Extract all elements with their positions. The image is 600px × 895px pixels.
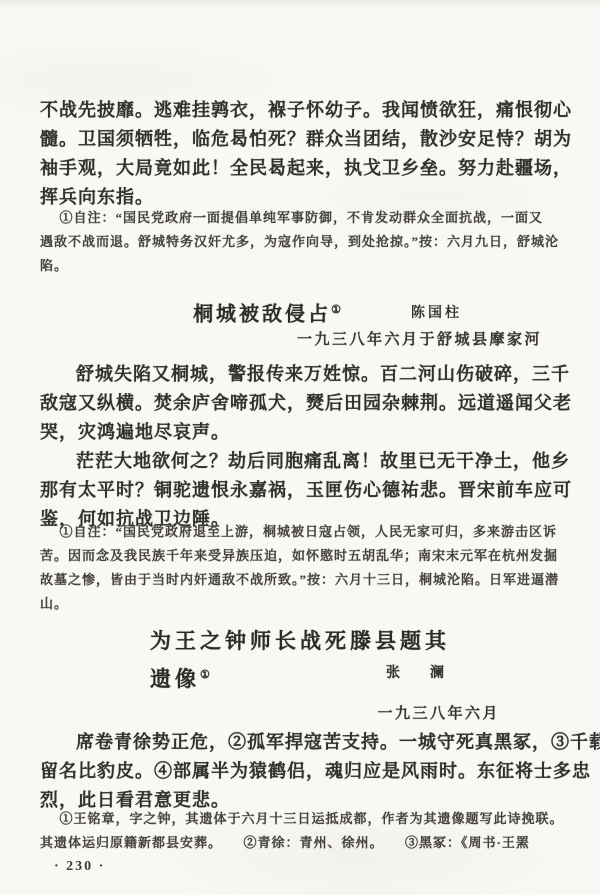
dateline: 一九三八年六月 bbox=[40, 702, 570, 726]
footnote-block: ①自注：“国民党政府一面提倡单纯军事防御，不肯发动群众全面抗战，一面又 遇敌不战… bbox=[40, 206, 570, 278]
poem-stanza: 席卷青徐势正危，②孤军捍寇苦支持。一城守死真黑冢，③千载 留名比豹皮。④部属半为… bbox=[40, 728, 570, 815]
poem-line: 茫茫大地欲何之？劫后同胞痛乱离！故里已无干净土，他乡 bbox=[40, 447, 570, 476]
poem-line: 哭，灾鸿遍地尽哀声。 bbox=[40, 418, 570, 447]
poem-line: 髓。卫国须牺牲，临危曷怕死？群众当团结，散沙安足恃？胡为 bbox=[40, 125, 570, 154]
footnote-block: ①自注：“国民党政府退至上游，桐城被日寇占领，人民无家可归，多来游击区诉 苦。因… bbox=[40, 520, 570, 616]
poem-title-line1: 为王之钟师长战死滕县题其 bbox=[150, 624, 570, 658]
poem-line: 那有太平时？铜驼遗恨永嘉祸，玉匣伤心德祐悲。晋宋前车应可 bbox=[40, 476, 570, 505]
poem-title-block: 为王之钟师长战死滕县题其 遗像① 张 澜 bbox=[150, 624, 570, 696]
footnote-line: 陷。 bbox=[40, 254, 570, 278]
author-name: 陈国柱 bbox=[411, 298, 462, 330]
poem-line: 留名比豹皮。④部属半为猿鹤侣，魂归应是风雨时。东征将士多忠 bbox=[40, 757, 570, 786]
footnote-marker: ① bbox=[331, 304, 341, 316]
author-name: 张 澜 bbox=[386, 662, 452, 686]
dateline: 一九三八年六月于舒城县摩家河 bbox=[40, 328, 570, 352]
poem-title-line2: 遗像① bbox=[150, 667, 210, 691]
footnote-line: 遇敌不战而退。舒城特务汉奸尤多，为寇作向导，到处抢掠。”按：六月九日，舒城沦 bbox=[40, 230, 570, 254]
footnote-line: 故墓之惨，皆由于当时内奸通敌不战所致。”按：六月十三日，桐城沦陷。日军进逼潜 bbox=[40, 568, 570, 592]
footnote-line: ①自注：“国民党政府退至上游，桐城被日寇占领，人民无家可归，多来游击区诉 bbox=[40, 520, 570, 544]
poem-line: 席卷青徐势正危，②孤军捍寇苦支持。一城守死真黑冢，③千载 bbox=[40, 728, 570, 757]
footnote-line: ①自注：“国民党政府一面提倡单纯军事防御，不肯发动群众全面抗战，一面又 bbox=[40, 206, 570, 230]
footnote-line: 苦。因而念及我民族千年来受异族压迫，如怀愍时五胡乱华；南宋末元军在杭州发掘 bbox=[40, 544, 570, 568]
scanned-book-page: 不战先披靡。逃难挂鹑衣，褓子怀幼子。我闻愤欲狂，痛恨彻心 髓。卫国须牺牲，临危曷… bbox=[0, 0, 600, 895]
page-number: · 230 · bbox=[54, 859, 570, 875]
poem-stanza: 舒城失陷又桐城，警报传来万姓惊。百二河山伤破碎，三千 敌寇又纵横。焚余庐舍啼孤犬… bbox=[40, 360, 570, 447]
footnote-line: ①王铭章，字之钟，其遗体于六月十三日运抵成都，作者为其遗像题写此诗挽联。 bbox=[40, 807, 570, 831]
poem-line: 不战先披靡。逃难挂鹑衣，褓子怀幼子。我闻愤欲狂，痛恨彻心 bbox=[40, 96, 570, 125]
poem-title-line2-row: 遗像① 张 澜 bbox=[150, 658, 570, 696]
footnote-line: 山。 bbox=[40, 592, 570, 616]
footnote-block: ①王铭章，字之钟，其遗体于六月十三日运抵成都，作者为其遗像题写此诗挽联。 其遗体… bbox=[40, 807, 570, 855]
poem-line: 袖手观，大局竟如此！全民曷起来，执戈卫乡垒。努力赴疆场， bbox=[40, 154, 570, 183]
footnote-line: 其遗体运归原籍新都县安葬。 ②青徐：青州、徐州。 ③黑冢：《周书·王罴 bbox=[40, 831, 570, 855]
poem-line: 敌寇又纵横。焚余庐舍啼孤犬，燹后田园杂棘荆。远道遥闻父老 bbox=[40, 389, 570, 418]
poem-line: 舒城失陷又桐城，警报传来万姓惊。百二河山伤破碎，三千 bbox=[40, 360, 570, 389]
poem-title-row: 桐城被敌侵占① 陈国柱 bbox=[40, 294, 570, 326]
footnote-marker: ① bbox=[200, 669, 210, 681]
poem-continuation: 不战先披靡。逃难挂鹑衣，褓子怀幼子。我闻愤欲狂，痛恨彻心 髓。卫国须牺牲，临危曷… bbox=[40, 96, 570, 212]
